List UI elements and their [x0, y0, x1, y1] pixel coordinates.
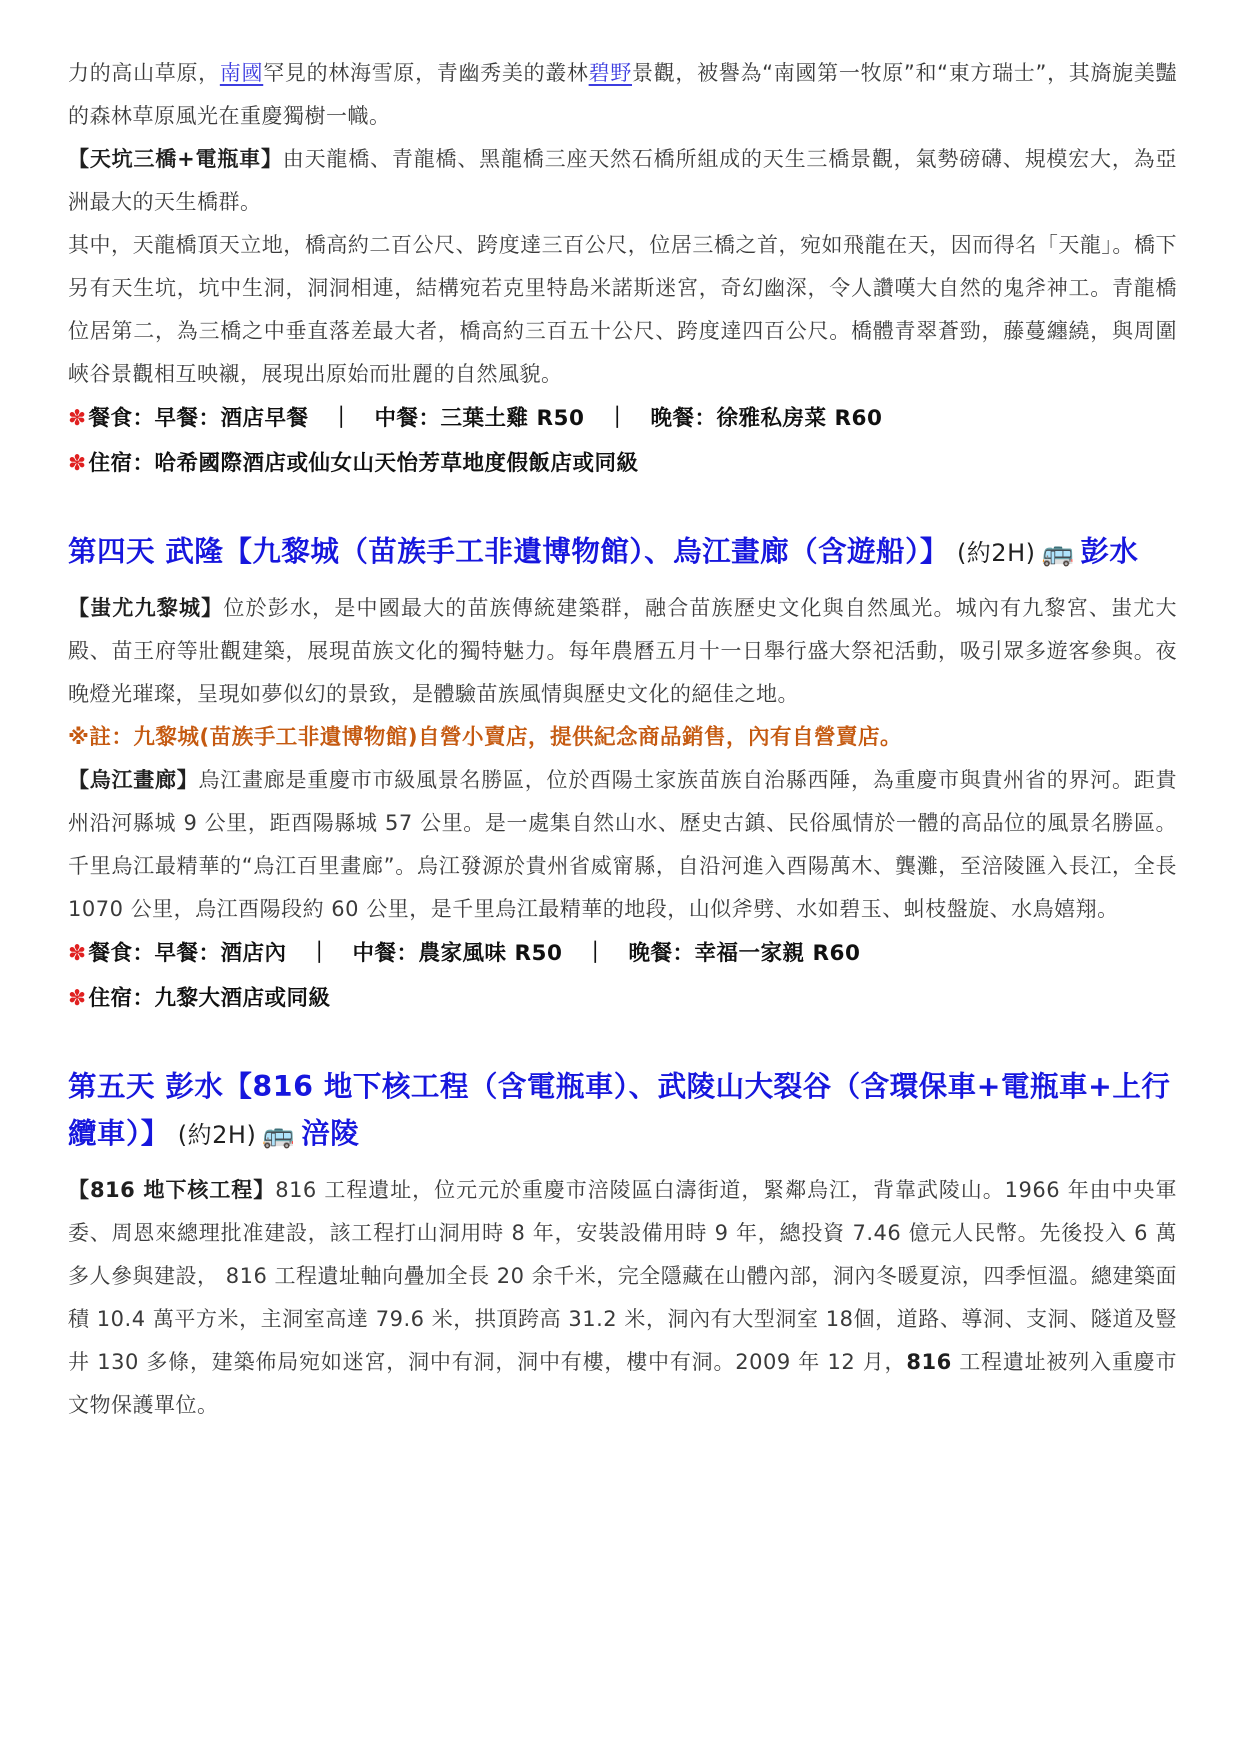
project816-label: 【816 地下核工程】 — [68, 1178, 275, 1202]
flower-bullet-icon: ✽ — [68, 451, 87, 476]
flower-bullet-icon: ✽ — [68, 941, 87, 966]
day4-title: 第四天 武隆【九黎城（苗族手工非遺博物館）、烏江畫廊（含遊船）】 — [68, 535, 949, 568]
day3-meal-info: ✽餐食：早餐：酒店早餐 ｜ 中餐：三葉土雞 R50 ｜ 晚餐：徐雅私房菜 R60 — [68, 396, 1177, 441]
paragraph-three-bridges: 【天坑三橋+電瓶車】由天龍橋、青龍橋、黑龍橋三座天然石橋所組成的天生三橋景觀，氣… — [68, 138, 1177, 224]
tianlong-text: 其中，天龍橋頂天立地，橋高約二百公尺、跨度達三百公尺，位居三橋之首，宛如飛龍在天… — [68, 233, 1177, 386]
three-bridges-label: 【天坑三橋+電瓶車】 — [68, 147, 283, 171]
project816-bold-number: 816 — [906, 1350, 951, 1374]
flower-bullet-icon: ✽ — [68, 986, 87, 1011]
shop-note-text: ※註：九黎城(苗族手工非遺博物館)自營小賣店，提供紀念商品銷售，內有自營賣店。 — [68, 725, 902, 750]
shop-note: ※註：九黎城(苗族手工非遺博物館)自營小賣店，提供紀念商品銷售，內有自營賣店。 — [68, 716, 1177, 759]
project816-text-1: 816 工程遺址，位元元於重慶市涪陵區白濤街道，緊鄰烏江，背靠武陵山。1966 … — [68, 1178, 1177, 1374]
day5-duration: (約2H) — [178, 1121, 257, 1149]
flower-bullet-icon: ✽ — [68, 406, 87, 431]
paragraph-wujiang-gallery: 【烏江畫廊】烏江畫廊是重慶市市級風景名勝區，位於酉陽土家族苗族自治縣西陲，為重慶… — [68, 759, 1177, 931]
intro-text-1: 力的高山草原， — [68, 61, 220, 85]
day4-hotel-info: ✽住宿：九黎大酒店或同級 — [68, 976, 1177, 1021]
jiulicheng-label: 【蚩尤九黎城】 — [68, 596, 223, 620]
paragraph-grassland-intro: 力的高山草原，南國罕見的林海雪原，青幽秀美的叢林碧野景觀，被譽為“南國第一牧原”… — [68, 52, 1177, 138]
wujiang-text: 烏江畫廊是重慶市市級風景名勝區，位於酉陽土家族苗族自治縣西陲，為重慶市與貴州省的… — [68, 768, 1177, 921]
day3-hotel-info: ✽住宿：哈希國際酒店或仙女山天怡芳草地度假飯店或同級 — [68, 441, 1177, 486]
day5-heading: 第五天 彭水【816 地下核工程（含電瓶車）、武陵山大裂谷（含環保車+電瓶車+上… — [68, 1063, 1177, 1159]
day4-heading: 第四天 武隆【九黎城（苗族手工非遺博物館）、烏江畫廊（含遊船）】(約2H)🚌彭水 — [68, 528, 1177, 577]
day4-destination: 彭水 — [1080, 535, 1138, 568]
day4-meal-info: ✽餐食：早餐：酒店內 ｜ 中餐：農家風味 R50 ｜ 晚餐：幸福一家親 R60 — [68, 931, 1177, 976]
itinerary-document-page: 力的高山草原，南國罕見的林海雪原，青幽秀美的叢林碧野景觀，被譽為“南國第一牧原”… — [0, 0, 1241, 1755]
link-nanguo[interactable]: 南國 — [220, 61, 263, 85]
day3-meal-text: 餐食：早餐：酒店早餐 ｜ 中餐：三葉土雞 R50 ｜ 晚餐：徐雅私房菜 R60 — [89, 406, 883, 431]
bus-icon: 🚌 — [1041, 538, 1074, 568]
intro-text-2: 罕見的林海雪原，青幽秀美的叢林 — [263, 61, 588, 85]
bus-icon: 🚌 — [262, 1120, 295, 1150]
paragraph-816-project: 【816 地下核工程】816 工程遺址，位元元於重慶市涪陵區白濤街道，緊鄰烏江，… — [68, 1169, 1177, 1427]
link-biye[interactable]: 碧野 — [589, 61, 632, 85]
day3-hotel-text: 住宿：哈希國際酒店或仙女山天怡芳草地度假飯店或同級 — [89, 451, 639, 476]
paragraph-jiulicheng: 【蚩尤九黎城】位於彭水，是中國最大的苗族傳統建築群，融合苗族歷史文化與自然風光。… — [68, 587, 1177, 716]
jiulicheng-text: 位於彭水，是中國最大的苗族傳統建築群，融合苗族歷史文化與自然風光。城內有九黎宮、… — [68, 596, 1177, 706]
paragraph-tianlong-bridge: 其中，天龍橋頂天立地，橋高約二百公尺、跨度達三百公尺，位居三橋之首，宛如飛龍在天… — [68, 224, 1177, 396]
day5-destination: 涪陵 — [301, 1117, 359, 1150]
wujiang-label: 【烏江畫廊】 — [68, 768, 199, 792]
day4-hotel-text: 住宿：九黎大酒店或同級 — [89, 986, 331, 1011]
day4-meal-text: 餐食：早餐：酒店內 ｜ 中餐：農家風味 R50 ｜ 晚餐：幸福一家親 R60 — [89, 941, 861, 966]
day4-duration: (約2H) — [957, 539, 1036, 567]
